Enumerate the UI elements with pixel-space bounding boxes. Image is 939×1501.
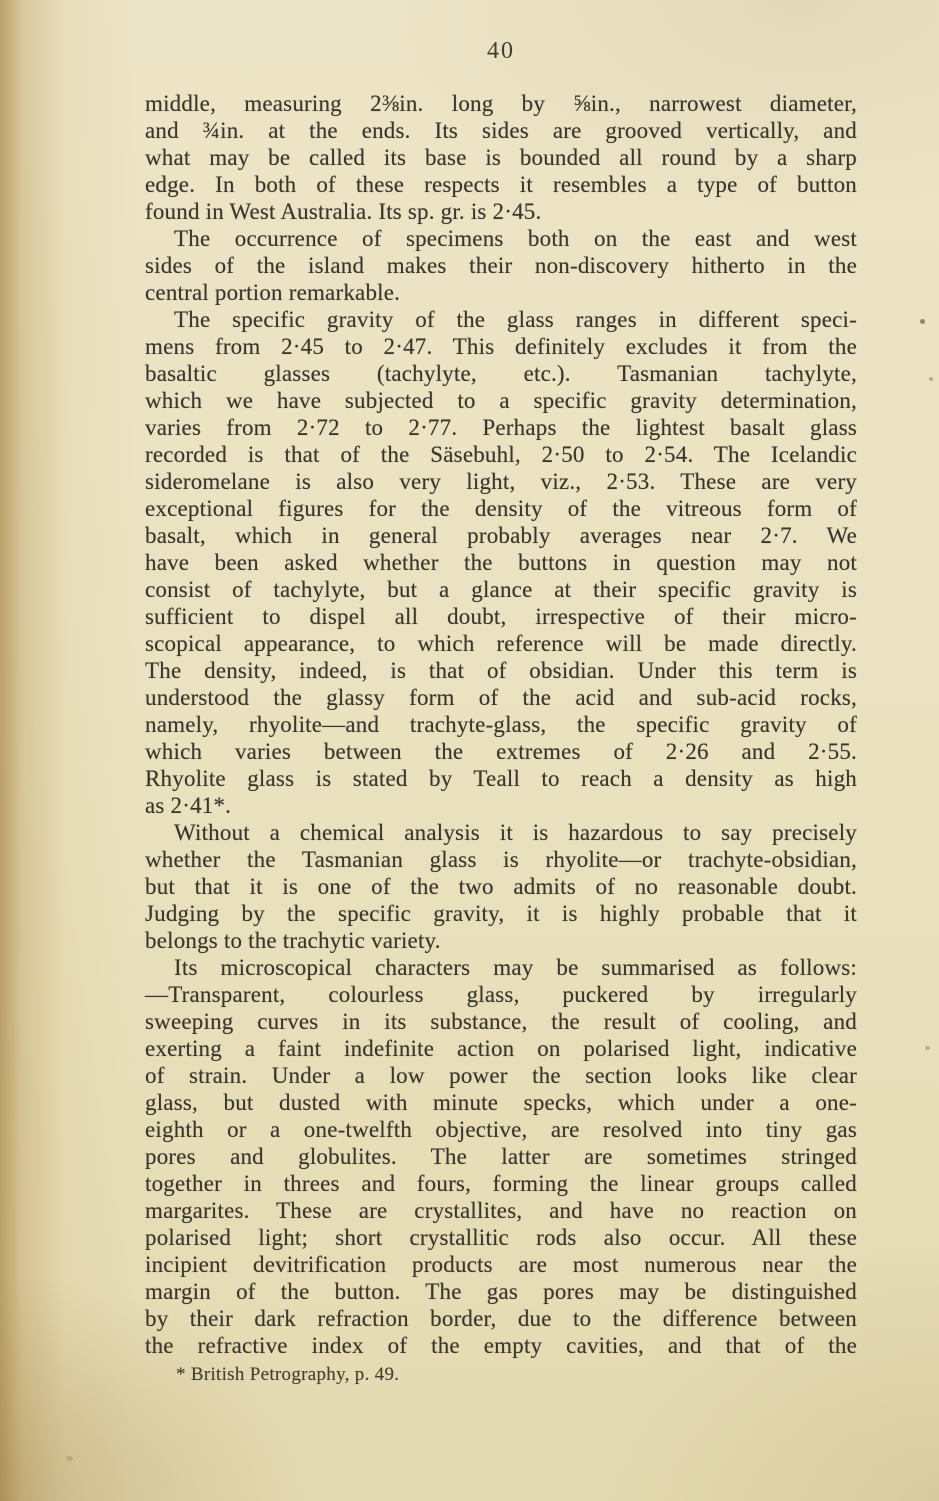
text-line: by their dark refraction border, due to … (145, 1305, 857, 1332)
text-body: middle, measuring 2⅜in. long by ⅝in., na… (145, 90, 857, 1359)
text-line: exceptional figures for the density of t… (145, 495, 857, 522)
text-line: Its microscopical characters may be summ… (145, 954, 857, 981)
text-line: together in threes and fours, forming th… (145, 1170, 857, 1197)
text-line: have been asked whether the buttons in q… (145, 549, 857, 576)
text-line: margarites. These are crystallites, and … (145, 1197, 857, 1224)
text-line: of strain. Under a low power the section… (145, 1062, 857, 1089)
scan-speck (925, 1046, 930, 1050)
text-line: The density, indeed, is that of obsidian… (145, 657, 857, 684)
text-line: as 2·41*. (145, 792, 857, 819)
text-line: Judging by the specific gravity, it is h… (145, 900, 857, 927)
text-line: margin of the button. The gas pores may … (145, 1278, 857, 1305)
text-line: recorded is that of the Säsebuhl, 2·50 t… (145, 441, 857, 468)
text-line: glass, but dusted with minute specks, wh… (145, 1089, 857, 1116)
text-line: which we have subjected to a specific gr… (145, 387, 857, 414)
text-line: consist of tachylyte, but a glance at th… (145, 576, 857, 603)
text-line: The occurrence of specimens both on the … (145, 225, 857, 252)
text-line: whether the Tasmanian glass is rhyolite—… (145, 846, 857, 873)
text-line: scopical appearance, to which reference … (145, 630, 857, 657)
text-line: what may be called its base is bounded a… (145, 144, 857, 171)
text-line: The specific gravity of the glass ranges… (145, 306, 857, 333)
text-line: sweeping curves in its substance, the re… (145, 1008, 857, 1035)
text-line: middle, measuring 2⅜in. long by ⅝in., na… (145, 90, 857, 117)
footnote: * British Petrography, p. 49. (176, 1364, 857, 1386)
page-number: 40 (145, 38, 857, 65)
text-line: Rhyolite glass is stated by Teall to rea… (145, 765, 857, 792)
text-line: pores and globulites. The latter are som… (145, 1143, 857, 1170)
text-line: basalt, which in general probably averag… (145, 522, 857, 549)
text-line: and ¾in. at the ends. Its sides are groo… (145, 117, 857, 144)
text-line: varies from 2·72 to 2·77. Perhaps the li… (145, 414, 857, 441)
text-line: Without a chemical analysis it is hazard… (145, 819, 857, 846)
text-line: exerting a faint indefinite action on po… (145, 1035, 857, 1062)
text-line: incipient devitrification products are m… (145, 1251, 857, 1278)
text-line: sufficient to dispel all doubt, irrespec… (145, 603, 857, 630)
text-line: —Transparent, colourless glass, puckered… (145, 981, 857, 1008)
text-line: belongs to the trachytic variety. (145, 927, 857, 954)
text-line: eighth or a one-twelfth objective, are r… (145, 1116, 857, 1143)
text-line: namely, rhyolite—and trachyte-glass, the… (145, 711, 857, 738)
scan-speck (929, 377, 933, 381)
scan-speck (920, 319, 925, 324)
text-line: basaltic glasses (tachylyte, etc.). Tasm… (145, 360, 857, 387)
text-line: mens from 2·45 to 2·47. This definitely … (145, 333, 857, 360)
text-line: the refractive index of the empty caviti… (145, 1332, 857, 1359)
text-line: sideromelane is also very light, viz., 2… (145, 468, 857, 495)
text-line: edge. In both of these respects it resem… (145, 171, 857, 198)
text-line: sides of the island makes their non-disc… (145, 252, 857, 279)
text-line: found in West Australia. Its sp. gr. is … (145, 198, 857, 225)
text-line: but that it is one of the two admits of … (145, 873, 857, 900)
text-line: understood the glassy form of the acid a… (145, 684, 857, 711)
text-line: which varies between the extremes of 2·2… (145, 738, 857, 765)
text-line: polarised light; short crystallitic rods… (145, 1224, 857, 1251)
scan-speck (66, 1456, 73, 1461)
scanned-book-page: 40 middle, measuring 2⅜in. long by ⅝in.,… (0, 0, 939, 1501)
text-line: central portion remarkable. (145, 279, 857, 306)
